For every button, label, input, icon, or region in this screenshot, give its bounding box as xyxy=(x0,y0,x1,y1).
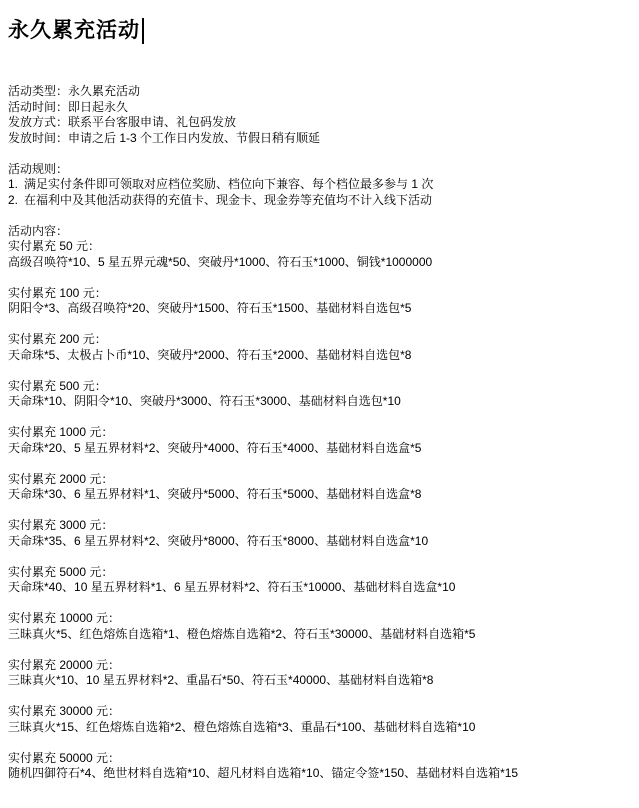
tier-header: 实付累充 200 元： xyxy=(8,332,633,348)
tier-block: 实付累充 50000 元： 随机四御符石*4、绝世材料自选箱*10、超凡材料自选… xyxy=(8,751,633,782)
tier-block: 实付累充 20000 元： 三昧真火*10、10 星五界材料*2、重晶石*50、… xyxy=(8,658,633,689)
tier-rewards: 阴阳令*3、高级召唤符*20、突破丹*1500、符石玉*1500、基础材料自选包… xyxy=(8,301,633,317)
blank-line xyxy=(8,146,633,162)
rules-block: 活动规则： 1. 满足实付条件即可领取对应档位奖励、档位向下兼容、每个档位最多参… xyxy=(8,162,633,209)
rule-item: 1. 满足实付条件即可领取对应档位奖励、档位向下兼容、每个档位最多参与 1 次 xyxy=(8,177,633,193)
tier-block: 实付累充 3000 元： 天命珠*35、6 星五界材料*2、突破丹*8000、符… xyxy=(8,518,633,549)
tier-block: 实付累充 10000 元： 三昧真火*5、红色熔炼自选箱*1、橙色熔炼自选箱*2… xyxy=(8,611,633,642)
tier-header: 实付累充 50000 元： xyxy=(8,751,633,767)
rule-number: 2. xyxy=(8,193,24,209)
tier-block: 实付累充 2000 元： 天命珠*30、6 星五界材料*1、突破丹*5000、符… xyxy=(8,472,633,503)
tier-rewards: 天命珠*30、6 星五界材料*1、突破丹*5000、符石玉*5000、基础材料自… xyxy=(8,487,633,503)
tier-rewards: 随机四御符石*4、绝世材料自选箱*10、超凡材料自选箱*10、锚定令签*150、… xyxy=(8,766,633,782)
tiers-list: 实付累充 50 元： 高级召唤符*10、5 星五界元魂*50、突破丹*1000、… xyxy=(8,239,633,782)
tier-header: 实付累充 20000 元： xyxy=(8,658,633,674)
text-cursor xyxy=(142,18,144,44)
tier-rewards: 天命珠*40、10 星五界材料*1、6 星五界材料*2、符石玉*10000、基础… xyxy=(8,580,633,596)
tier-header: 实付累充 5000 元： xyxy=(8,565,633,581)
rule-item: 2. 在福利中及其他活动获得的充值卡、现金卡、现金券等充值均不计入线下活动 xyxy=(8,193,633,209)
rule-number: 1. xyxy=(8,177,24,193)
tier-rewards: 天命珠*5、太极占卜币*10、突破丹*2000、符石玉*2000、基础材料自选包… xyxy=(8,348,633,364)
tier-header: 实付累充 50 元： xyxy=(8,239,633,255)
content-heading: 活动内容： xyxy=(8,224,633,240)
rule-text: 满足实付条件即可领取对应档位奖励、档位向下兼容、每个档位最多参与 1 次 xyxy=(24,177,433,193)
tier-rewards: 天命珠*35、6 星五界材料*2、突破丹*8000、符石玉*8000、基础材料自… xyxy=(8,534,633,550)
rules-heading: 活动规则： xyxy=(8,162,633,178)
document-canvas[interactable]: 永久累充活动 活动类型：永久累充活动 活动时间：即日起永久 发放方式：联系平台客… xyxy=(0,0,639,808)
tier-header: 实付累充 3000 元： xyxy=(8,518,633,534)
tier-header: 实付累充 2000 元： xyxy=(8,472,633,488)
tier-header: 实付累充 30000 元： xyxy=(8,704,633,720)
tier-block: 实付累充 5000 元： 天命珠*40、10 星五界材料*1、6 星五界材料*2… xyxy=(8,565,633,596)
rule-text: 在福利中及其他活动获得的充值卡、现金卡、现金券等充值均不计入线下活动 xyxy=(24,193,432,209)
tier-block: 实付累充 100 元： 阴阳令*3、高级召唤符*20、突破丹*1500、符石玉*… xyxy=(8,286,633,317)
tier-rewards: 三昧真火*10、10 星五界材料*2、重晶石*50、符石玉*40000、基础材料… xyxy=(8,673,633,689)
info-line-delivery-method: 发放方式：联系平台客服申请、礼包码发放 xyxy=(8,115,633,131)
title-row: 永久累充活动 xyxy=(8,16,633,46)
tier-block: 实付累充 30000 元： 三昧真火*15、红色熔炼自选箱*2、橙色熔炼自选箱*… xyxy=(8,704,633,735)
tier-rewards: 天命珠*20、5 星五界材料*2、突破丹*4000、符石玉*4000、基础材料自… xyxy=(8,441,633,457)
tier-block: 实付累充 500 元： 天命珠*10、阴阳令*10、突破丹*3000、符石玉*3… xyxy=(8,379,633,410)
info-line-delivery-time: 发放时间：申请之后 1-3 个工作日内发放、节假日稍有顺延 xyxy=(8,131,633,147)
tier-header: 实付累充 100 元： xyxy=(8,286,633,302)
tier-block: 实付累充 50 元： 高级召唤符*10、5 星五界元魂*50、突破丹*1000、… xyxy=(8,239,633,270)
tier-rewards: 三昧真火*5、红色熔炼自选箱*1、橙色熔炼自选箱*2、符石玉*30000、基础材… xyxy=(8,627,633,643)
tier-block: 实付累充 200 元： 天命珠*5、太极占卜币*10、突破丹*2000、符石玉*… xyxy=(8,332,633,363)
blank-line xyxy=(8,208,633,224)
tier-rewards: 天命珠*10、阴阳令*10、突破丹*3000、符石玉*3000、基础材料自选包*… xyxy=(8,394,633,410)
page-title: 永久累充活动 xyxy=(8,16,140,46)
tier-header: 实付累充 10000 元： xyxy=(8,611,633,627)
tier-block: 实付累充 1000 元： 天命珠*20、5 星五界材料*2、突破丹*4000、符… xyxy=(8,425,633,456)
tier-rewards: 三昧真火*15、红色熔炼自选箱*2、橙色熔炼自选箱*3、重晶石*100、基础材料… xyxy=(8,720,633,736)
info-block: 活动类型：永久累充活动 活动时间：即日起永久 发放方式：联系平台客服申请、礼包码… xyxy=(8,84,633,146)
tier-header: 实付累充 1000 元： xyxy=(8,425,633,441)
info-line-activity-time: 活动时间：即日起永久 xyxy=(8,100,633,116)
tier-header: 实付累充 500 元： xyxy=(8,379,633,395)
tier-rewards: 高级召唤符*10、5 星五界元魂*50、突破丹*1000、符石玉*1000、铜钱… xyxy=(8,255,633,271)
info-line-activity-type: 活动类型：永久累充活动 xyxy=(8,84,633,100)
